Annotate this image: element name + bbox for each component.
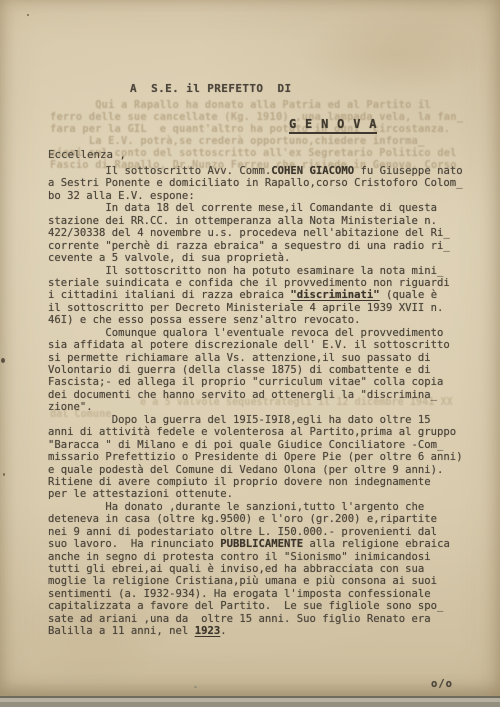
- typed-line: Fascista;- ed allega il proprio "curricu…: [48, 376, 478, 388]
- typed-text: sate ad ariani ,una da oltre 15 anni. Su…: [48, 613, 431, 625]
- typed-line: Volontario di guerra (della classe 1875)…: [48, 364, 478, 376]
- typed-text: sentimenti (a. I932-934). Ha erogata l'i…: [48, 588, 431, 600]
- emphasized-text: COHEN GIACOMO: [271, 165, 354, 177]
- typed-text: a Sestri Ponente e domiciliato in Rapall…: [48, 177, 463, 189]
- typed-text: il sottoscritto per Decreto Ministeriale…: [48, 302, 443, 314]
- emphasized-text: 1923: [195, 625, 221, 637]
- typed-line: e quale podestà del Comune di Vedano Olo…: [48, 464, 478, 476]
- typed-line: dei documenti che hanno servito ad otten…: [48, 389, 478, 401]
- typed-line: steriale suindicata e confida che il pro…: [48, 277, 478, 289]
- typed-text: steriale suindicata e confida che il pro…: [48, 277, 450, 289]
- ghost-line: Qui a Rapallo ha donato alla Patria ed a…: [50, 99, 476, 111]
- typed-text: "Baracca " di Milano e di poi quale Giud…: [48, 439, 443, 451]
- typed-line: moglie la religione Cristiana,più umana …: [48, 575, 478, 587]
- typed-text: nei 9 anni di podestariato oltre L. I50.…: [48, 526, 437, 538]
- typed-line: suo lavoro. Ha rinunciato PUBBLICAMENTE …: [48, 538, 478, 550]
- typed-text: fu Giuseppe nato: [354, 165, 462, 177]
- typed-text: Dopo la guerra del 19I5-I9I8,egli ha dat…: [48, 414, 431, 426]
- typed-text: Ha donato ,durante le sanzioni,tutto l'a…: [48, 501, 424, 513]
- typed-text: capitalizzata a favore del Partito. Le s…: [48, 600, 443, 612]
- typed-text: suo lavoro. Ha rinunciato: [48, 538, 220, 550]
- typed-text: cevente a 5 valvole, di sua proprietà.: [48, 252, 290, 264]
- ghost-line: ferro delle sue cancellate (Kg. 1910) ,u…: [50, 111, 476, 123]
- typed-text: per le attestazioni ottenute.: [48, 488, 233, 500]
- typed-text: tutti gli ebrei,ai quali è inviso,ed ha …: [48, 563, 424, 575]
- typed-text: 422/30338 del 4 novembre u.s. procedeva …: [48, 227, 450, 239]
- typed-text: dei documenti che hanno servito ad otten…: [48, 389, 437, 401]
- typed-text: missario Prefettizio o Presidente di Ope…: [48, 451, 463, 463]
- typed-line: stazione dei RR.CC. in ottemperanza alla…: [48, 215, 478, 227]
- photographed-document: Qui a Rapallo ha donato alla Patria ed a…: [0, 0, 500, 707]
- typed-line: In data 18 del corrente mese,il Comandan…: [48, 202, 478, 214]
- typed-line: deteneva in casa (oltre kg.9500) e l'oro…: [48, 513, 478, 525]
- typed-text: (quale è: [380, 289, 437, 301]
- recipient-heading: A S.E. il PREFETTO DI: [130, 82, 292, 95]
- typed-line: Dopo la guerra del 19I5-I9I8,egli ha dat…: [48, 414, 478, 426]
- typed-line: cevente a 5 valvole, di sua proprietà.: [48, 252, 478, 264]
- typed-text: Ritiene di avere compiuto il proprio dov…: [48, 476, 431, 488]
- typed-line: nei 9 anni di podestariato oltre L. I50.…: [48, 526, 478, 538]
- typed-line: Il sottoscritto Avv. Comm.COHEN GIACOMO …: [48, 165, 478, 177]
- typed-line: capitalizzata a favore del Partito. Le s…: [48, 600, 478, 612]
- ink-speck: [27, 14, 29, 16]
- typed-text: e quale podestà del Comune di Vedano Olo…: [48, 464, 443, 476]
- typed-line: per le attestazioni ottenute.: [48, 488, 478, 500]
- typed-line: 46I) e che esso possa essere senz'altro …: [48, 314, 478, 326]
- typed-line: 422/30338 del 4 novembre u.s. procedeva …: [48, 227, 478, 239]
- typed-line: il sottoscritto per Decreto Ministeriale…: [48, 302, 478, 314]
- typed-line: anni di attività fedele e volenterosa al…: [48, 426, 478, 438]
- surface-below-page: [0, 696, 500, 707]
- continuation-mark: o/o: [431, 678, 453, 690]
- typed-line: tutti gli ebrei,ai quali è inviso,ed ha …: [48, 563, 478, 575]
- typed-line: Ritiene di avere compiuto il proprio dov…: [48, 476, 478, 488]
- typed-text: stazione dei RR.CC. in ottemperanza alla…: [48, 215, 437, 227]
- salutation: Eccellenza ,: [48, 148, 126, 161]
- ink-speck: [3, 473, 5, 476]
- typed-line: bo 32 alla E.V. espone:: [48, 190, 478, 202]
- paper-stain: [300, 14, 490, 94]
- typed-line: "Baracca " di Milano e di poi quale Giud…: [48, 439, 478, 451]
- typed-text: Fascista;- ed allega il proprio "curricu…: [48, 376, 443, 388]
- typed-text: anni di attività fedele e volenterosa al…: [48, 426, 456, 438]
- typed-line: si permette richiamare alla Vs. attenzio…: [48, 352, 478, 364]
- emphasized-text: "discriminati": [290, 289, 379, 301]
- typed-text: Balilla a 11 anni, nel: [48, 625, 195, 637]
- ghost-line: La E.V. potrà,se crederà opportuno,chied…: [50, 135, 476, 147]
- typed-line: a Sestri Ponente e domiciliato in Rapall…: [48, 177, 478, 189]
- typed-text: Volontario di guerra (della classe 1875)…: [48, 364, 431, 376]
- typed-text: moglie la religione Cristiana,più umana …: [48, 575, 437, 587]
- typed-text: si permette richiamare alla Vs. attenzio…: [48, 352, 431, 364]
- typed-text: Il sottoscritto Avv. Comm.: [48, 165, 271, 177]
- typed-line: Ha donato ,durante le sanzioni,tutto l'a…: [48, 501, 478, 513]
- ghost-line: fara per la GIL e quant'altro ha potuto …: [50, 123, 476, 135]
- typed-line: Il sottoscritto non ha potuto esaminare …: [48, 265, 478, 277]
- typed-line: corrente "perchè di razza ebraica" a seq…: [48, 240, 478, 252]
- typed-text: alla religione ebraica: [303, 538, 450, 550]
- letter-page: Qui a Rapallo ha donato alla Patria ed a…: [0, 0, 500, 696]
- ink-speck: [194, 686, 197, 688]
- typed-line: i cittadini italiani di razza ebraica "d…: [48, 289, 478, 301]
- ink-speck: [1, 358, 5, 363]
- typed-text: Il sottoscritto non ha potuto esaminare …: [48, 265, 443, 277]
- typed-line: missario Prefettizio o Presidente di Ope…: [48, 451, 478, 463]
- typed-text: sia affidata al potere discrezionale del…: [48, 339, 450, 351]
- typed-line: sentimenti (a. I932-934). Ha erogata l'i…: [48, 588, 478, 600]
- typed-text: bo 32 alla E.V. espone:: [48, 190, 195, 202]
- typed-text: .: [220, 625, 226, 637]
- typed-text: Comunque qualora l'eventuale revoca del …: [48, 327, 443, 339]
- recipient-city: G E N O V A: [289, 117, 377, 134]
- typed-line: Comunque qualora l'eventuale revoca del …: [48, 327, 478, 339]
- typed-text: deteneva in casa (oltre kg.9500) e l'oro…: [48, 513, 437, 525]
- typed-line: sia affidata al potere discrezionale del…: [48, 339, 478, 351]
- typed-text: zione".: [48, 401, 93, 413]
- typed-line: sate ad ariani ,una da oltre 15 anni. Su…: [48, 613, 478, 625]
- typed-line: zione".: [48, 401, 478, 413]
- typed-text: corrente "perchè di razza ebraica" a seq…: [48, 240, 450, 252]
- typed-text: 46I) e che esso possa essere senz'altro …: [48, 314, 361, 326]
- typed-text: anche in segno di protesta contro il "Si…: [48, 551, 431, 563]
- typed-text: i cittadini italiani di razza ebraica: [48, 289, 290, 301]
- typed-line: Balilla a 11 anni, nel 1923.: [48, 625, 478, 637]
- emphasized-text: PUBBLICAMENTE: [220, 538, 303, 550]
- typed-line: anche in segno di protesta contro il "Si…: [48, 551, 478, 563]
- typed-text: In data 18 del corrente mese,il Comandan…: [48, 202, 437, 214]
- typed-body: Il sottoscritto Avv. Comm.COHEN GIACOMO …: [48, 165, 478, 638]
